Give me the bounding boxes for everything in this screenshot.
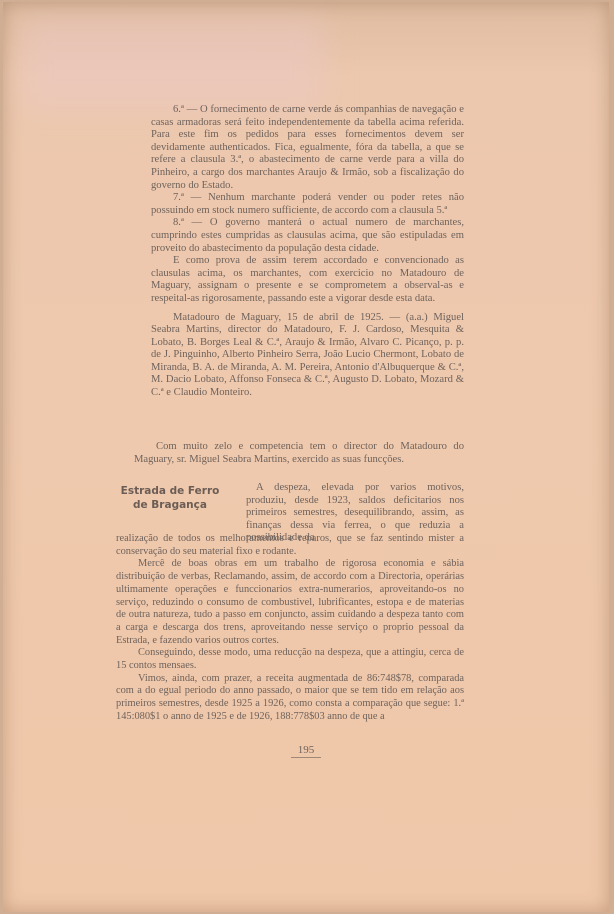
- section-paragraph: Vimos, ainda, com prazer, a receita augm…: [116, 673, 464, 724]
- section-heading: Estrada de Ferro de Bragança: [111, 484, 229, 512]
- director-note-text: Com muito zelo e competencia tem o direc…: [134, 441, 464, 466]
- document-page: 6.ª — O fornecimento de carne verde ás c…: [3, 2, 609, 912]
- section-heading-line1: Estrada de Ferro: [111, 484, 229, 498]
- section-body: realização de todos os melhoramentos e r…: [116, 533, 464, 724]
- signatories-paragraph: Matadouro de Maguary, 15 de abril de 192…: [151, 312, 464, 400]
- section-paragraph: Mercê de boas obras em um trabalho de ri…: [116, 558, 464, 647]
- clause-6: 6.ª — O fornecimento de carne verde ás c…: [151, 104, 464, 192]
- clause-7: 7.ª — Nenhum marchante poderá vender ou …: [151, 192, 464, 217]
- director-note: Com muito zelo e competencia tem o direc…: [134, 441, 464, 466]
- agreement-paragraph: E como prova de assim terem accordado e …: [151, 255, 464, 305]
- section-paragraph: Conseguindo, desse modo, uma reducção na…: [116, 647, 464, 672]
- section-heading-line2: de Bragança: [111, 498, 229, 512]
- clause-8: 8.ª — O governo manterá o actual numero …: [151, 217, 464, 255]
- page-number: 195: [291, 744, 321, 758]
- contract-clauses-block: 6.ª — O fornecimento de carne verde ás c…: [151, 104, 464, 400]
- section-paragraph: realização de todos os melhoramentos e r…: [116, 533, 464, 558]
